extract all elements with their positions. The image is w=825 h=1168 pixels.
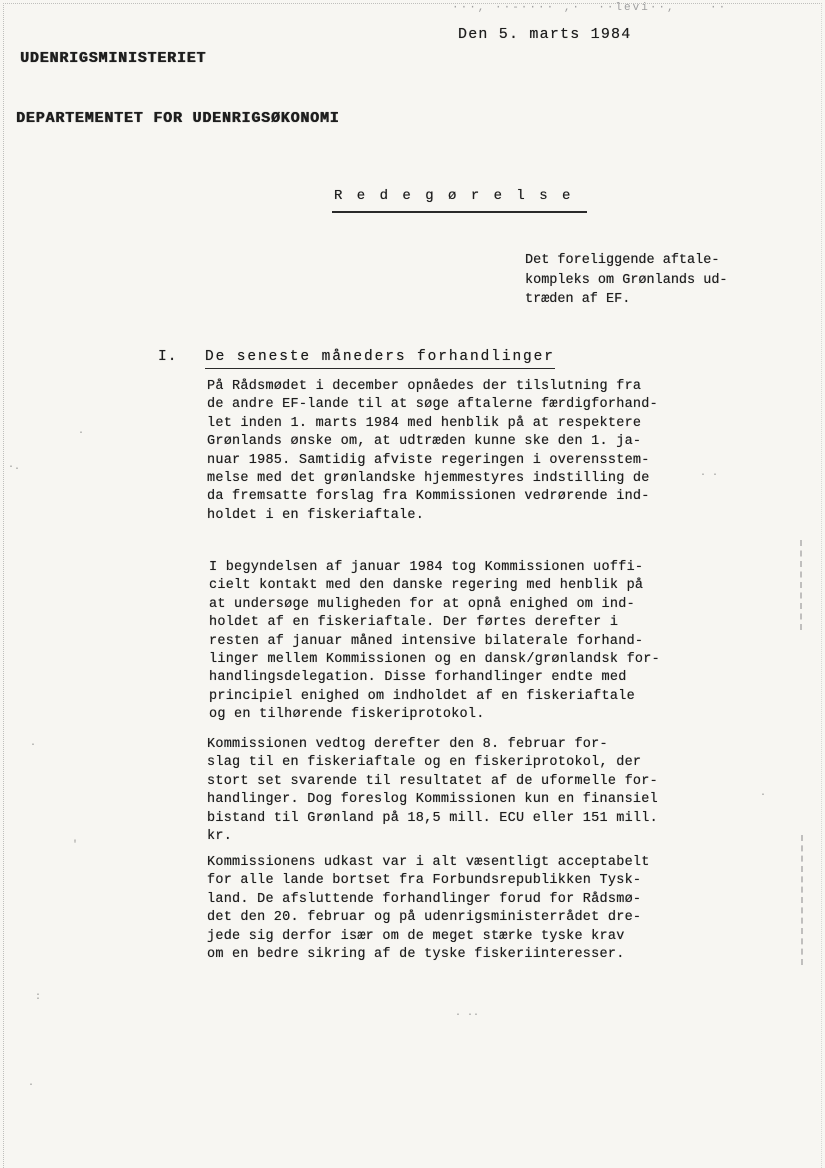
scanned-document-page: UDENRIGSMINISTERIET DEPARTEMENTET FOR UD…	[0, 0, 825, 1168]
ministry-letterhead: UDENRIGSMINISTERIET DEPARTEMENTET FOR UD…	[20, 9, 339, 169]
faded-stamp-text: ···, ··-···· ,· ··levi··, ··	[452, 2, 782, 14]
scan-speck: · ··	[455, 1010, 479, 1021]
scan-speck: :	[35, 992, 41, 1003]
scan-artifact-vertical-line	[801, 835, 805, 965]
ministry-name: UDENRIGSMINISTERIET	[20, 49, 339, 69]
scan-artifact-vertical-line	[800, 540, 804, 630]
scan-speck: ·.	[8, 462, 20, 473]
scan-speck: ·	[78, 428, 84, 439]
scan-speck: ·	[760, 790, 766, 801]
paragraph-4: Kommissionens udkast var i alt væsentlig…	[207, 854, 650, 964]
section-heading: De seneste måneders forhandlinger	[205, 349, 555, 369]
scan-speck: ·	[30, 740, 36, 751]
document-title: R e d e g ø r e l s e	[332, 188, 587, 213]
subject-reference-block: Det foreliggende aftale- kompleks om Grø…	[525, 251, 728, 310]
document-date: Den 5. marts 1984	[458, 26, 631, 43]
paragraph-2: I begyndelsen af januar 1984 tog Kommiss…	[209, 559, 660, 725]
scan-speck: · ·	[700, 470, 718, 481]
section-number: I.	[158, 349, 177, 365]
paragraph-1: På Rådsmødet i december opnåedes der til…	[207, 378, 658, 525]
scan-speck: ·	[28, 1080, 34, 1091]
paragraph-3: Kommissionen vedtog derefter den 8. febr…	[207, 736, 658, 846]
department-name: DEPARTEMENTET FOR UDENRIGSØKONOMI	[16, 109, 339, 129]
scan-speck: '	[72, 840, 78, 851]
